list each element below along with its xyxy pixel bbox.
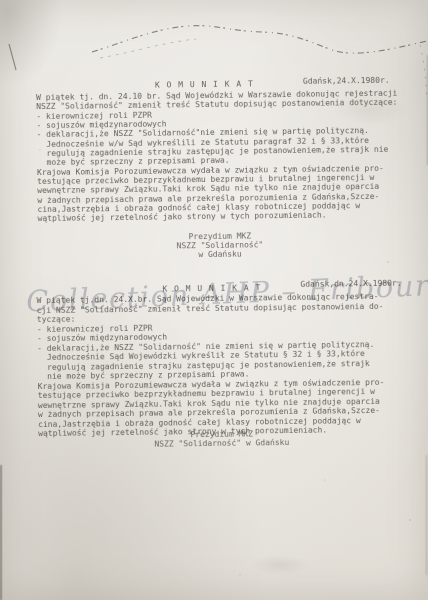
scanned-document-page: Gdańsk,24.X.1980r. K O M U N I K A T W p… bbox=[0, 0, 428, 600]
dateline-first: Gdańsk,24.X.1980r. bbox=[303, 76, 390, 86]
signature-line: w Gdańsku bbox=[130, 249, 310, 260]
body-first-communique: W piątek tj. dn. 24.10 br. Sąd Wojewódzk… bbox=[36, 88, 428, 224]
scan-edge-shadow-left bbox=[0, 465, 2, 600]
signature-line: NSZZ "Solidarność" w Gdańsku bbox=[114, 438, 329, 450]
signature-second-communique: Prezydium MKZ NSZZ "Solidarność" w Gdańs… bbox=[114, 428, 329, 449]
signature-first-communique: Prezydium MKZ NSZZ "Solidarność" w Gdańs… bbox=[130, 232, 310, 261]
title-first-communique: K O M U N I K A T bbox=[155, 79, 254, 90]
